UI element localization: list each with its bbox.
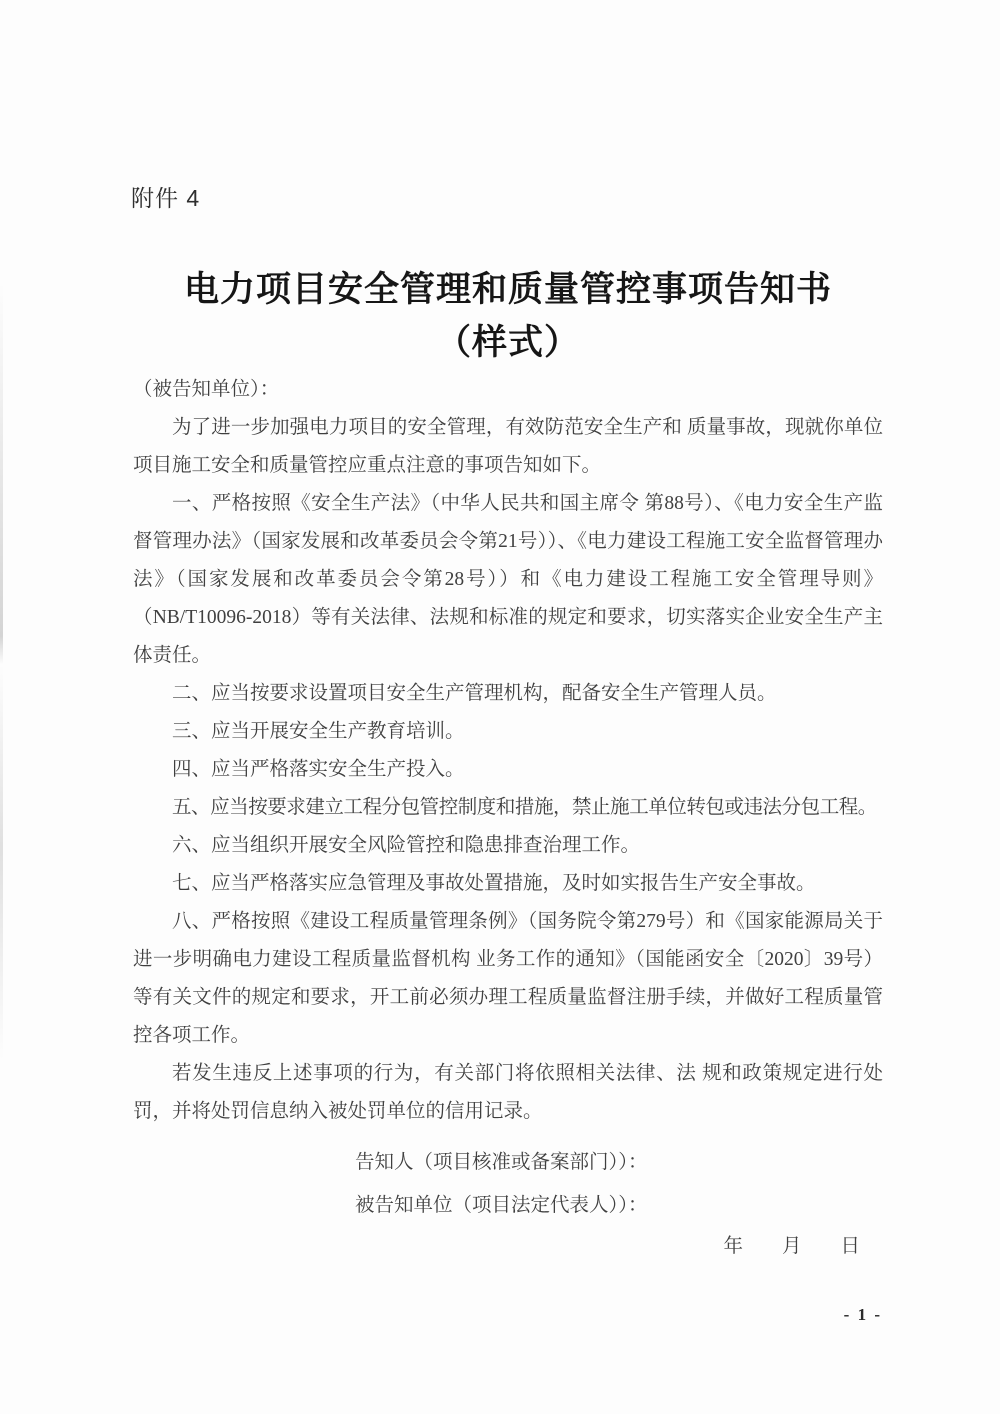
scan-edge-artifact [0, 0, 3, 1414]
item-2-paragraph: 二、应当按要求设置项目安全生产管理机构，配备安全生产管理人员。 [133, 675, 883, 713]
page-number: - 1 - [844, 1305, 882, 1325]
item-1-paragraph: 一、严格按照《安全生产法》（中华人民共和国主席令 第88号）、《电力安全生产监督… [133, 485, 883, 675]
attachment-label: 附件 4 [131, 180, 200, 213]
item-5-paragraph: 五、应当按要求建立工程分包管控制度和措施，禁止施工单位转包或违法分包工程。 [133, 789, 883, 827]
item-6-paragraph: 六、应当组织开展安全风险管控和隐患排查治理工作。 [133, 827, 883, 865]
signature-block: 告知人（项目核准或备案部门））： 被告知单位（项目法定代表人））： [355, 1141, 883, 1227]
date-line: 年 月 日 [133, 1228, 883, 1266]
item-4-paragraph: 四、应当严格落实安全生产投入。 [133, 751, 883, 789]
document-body: （被告知单位）： 为了进一步加强电力项目的安全管理，有效防范安全生产和 质量事故… [133, 371, 883, 1131]
informer-line: 告知人（项目核准或备案部门））： [355, 1141, 883, 1184]
intro-paragraph: 为了进一步加强电力项目的安全管理，有效防范安全生产和 质量事故，现就你单位项目施… [133, 409, 883, 485]
informed-unit-line: 被告知单位（项目法定代表人））： [355, 1184, 883, 1227]
title-line-2: （样式） [133, 316, 883, 369]
salutation-line: （被告知单位）： [133, 371, 883, 409]
document-page: 附件 4 电力项目安全管理和质量管控事项告知书 （样式） （被告知单位）： 为了… [0, 0, 1000, 1414]
item-8-paragraph: 八、严格按照《建设工程质量管理条例》（国务院令第279号）和《国家能源局关于进一… [133, 903, 883, 1055]
item-7-paragraph: 七、应当严格落实应急管理及事故处置措施，及时如实报告生产安全事故。 [133, 865, 883, 903]
title-line-1: 电力项目安全管理和质量管控事项告知书 [133, 263, 883, 316]
item-3-paragraph: 三、应当开展安全生产教育培训。 [133, 713, 883, 751]
penalty-paragraph: 若发生违反上述事项的行为，有关部门将依照相关法律、法 规和政策规定进行处罚，并将… [133, 1055, 883, 1131]
document-title: 电力项目安全管理和质量管控事项告知书 （样式） [133, 263, 883, 369]
